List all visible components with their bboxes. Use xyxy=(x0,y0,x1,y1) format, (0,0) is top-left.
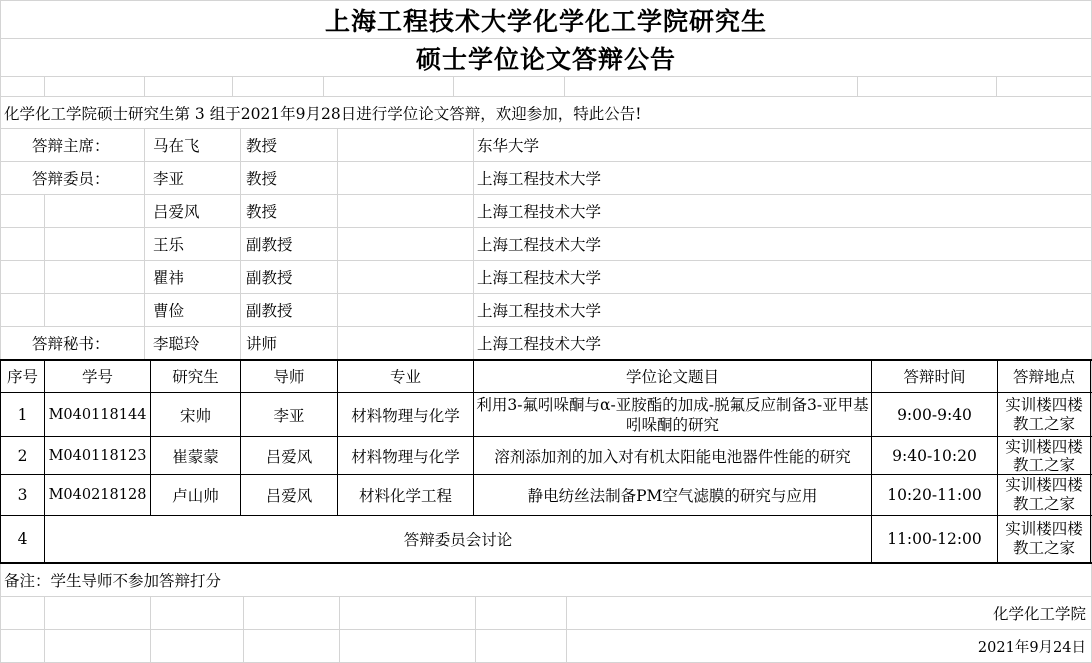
row-no: 3 xyxy=(1,475,44,515)
committee-affiliation: 上海工程技术大学 xyxy=(477,294,877,326)
committee-name: 李亚 xyxy=(153,162,238,194)
committee-title: 讲师 xyxy=(246,327,334,359)
committee-name: 李聪玲 xyxy=(153,327,238,359)
committee-role: 答辩秘书： xyxy=(32,327,142,359)
col-header-thesis: 学位论文题目 xyxy=(474,360,871,392)
committee-title: 教授 xyxy=(246,162,334,194)
footer-department: 化学化工学院 xyxy=(566,597,1092,629)
committee-title: 副教授 xyxy=(246,228,334,260)
col-header-major: 专业 xyxy=(338,360,473,392)
col-header-no: 序号 xyxy=(1,360,44,392)
remark-text: 备注：学生导师不参加答辩打分 xyxy=(4,564,604,596)
row-place-line2: 教工之家 xyxy=(1013,495,1075,514)
row-student: 崔蒙蒙 xyxy=(151,437,240,474)
row-major: 材料物理与化学 xyxy=(338,393,473,436)
col-header-time: 答辩时间 xyxy=(872,360,997,392)
page-subtitle: 硕士学位论文答辩公告 xyxy=(0,39,1092,76)
col-header-student: 研究生 xyxy=(151,360,240,392)
row-advisor: 吕爱风 xyxy=(241,437,337,474)
row-place-line1: 实训楼四楼 xyxy=(1005,476,1083,495)
row-place: 实训楼四楼 教工之家 xyxy=(998,437,1090,474)
row-student: 宋帅 xyxy=(151,393,240,436)
row-major: 材料物理与化学 xyxy=(338,437,473,474)
row-student: 卢山帅 xyxy=(151,475,240,515)
row-time: 11:00-12:00 xyxy=(872,516,997,562)
committee-title: 副教授 xyxy=(246,294,334,326)
row-student-id: M040218128 xyxy=(45,475,150,515)
col-header-place: 答辩地点 xyxy=(998,360,1090,392)
committee-affiliation: 上海工程技术大学 xyxy=(477,228,877,260)
row-thesis: 静电纺丝法制备PM空气滤膜的研究与应用 xyxy=(474,475,871,515)
committee-name: 吕爱风 xyxy=(153,195,238,227)
row-student-id: M040118123 xyxy=(45,437,150,474)
row-advisor: 李亚 xyxy=(241,393,337,436)
row-advisor: 吕爱风 xyxy=(241,475,337,515)
committee-name: 曹俭 xyxy=(153,294,238,326)
row-time: 10:20-11:00 xyxy=(872,475,997,515)
committee-affiliation: 上海工程技术大学 xyxy=(477,162,877,194)
row-student-id: M040118144 xyxy=(45,393,150,436)
row-thesis: 利用3-氟吲哚酮与α-亚胺酯的加成-脱氟反应制备3-亚甲基吲哚酮的研究 xyxy=(476,393,869,436)
row-no: 2 xyxy=(1,437,44,474)
row-no: 4 xyxy=(1,516,44,562)
committee-affiliation: 上海工程技术大学 xyxy=(477,327,877,359)
col-header-student-id: 学号 xyxy=(45,360,150,392)
discussion-label: 答辩委员会讨论 xyxy=(45,516,871,562)
row-thesis: 溶剂添加剂的加入对有机太阳能电池器件性能的研究 xyxy=(474,437,871,474)
committee-role: 答辩主席： xyxy=(32,129,142,161)
committee-name: 瞿祎 xyxy=(153,261,238,293)
footer-date: 2021年9月24日 xyxy=(566,630,1092,662)
announcement-text: 化学化工学院硕士研究生第 3 组于2021年9月28日进行学位论文答辩，欢迎参加… xyxy=(4,97,1084,128)
row-place: 实训楼四楼 教工之家 xyxy=(998,516,1090,562)
committee-name: 王乐 xyxy=(153,228,238,260)
page-title: 上海工程技术大学化学化工学院研究生 xyxy=(0,1,1092,38)
committee-name: 马在飞 xyxy=(153,129,238,161)
row-place-line2: 教工之家 xyxy=(1013,415,1075,434)
row-place-line1: 实训楼四楼 xyxy=(1005,520,1083,539)
row-time: 9:40-10:20 xyxy=(872,437,997,474)
row-place-line1: 实训楼四楼 xyxy=(1005,396,1083,415)
committee-title: 教授 xyxy=(246,195,334,227)
row-place: 实训楼四楼 教工之家 xyxy=(998,475,1090,515)
row-time: 9:00-9:40 xyxy=(872,393,997,436)
row-major: 材料化学工程 xyxy=(338,475,473,515)
committee-affiliation: 东华大学 xyxy=(477,129,877,161)
committee-title: 副教授 xyxy=(246,261,334,293)
committee-affiliation: 上海工程技术大学 xyxy=(477,261,877,293)
row-place: 实训楼四楼 教工之家 xyxy=(998,393,1090,436)
row-place-line2: 教工之家 xyxy=(1013,539,1075,558)
col-header-advisor: 导师 xyxy=(241,360,337,392)
row-place-line1: 实训楼四楼 xyxy=(1005,438,1083,456)
row-no: 1 xyxy=(1,393,44,436)
committee-affiliation: 上海工程技术大学 xyxy=(477,195,877,227)
committee-role: 答辩委员： xyxy=(32,162,142,194)
committee-title: 教授 xyxy=(246,129,334,161)
row-place-line2: 教工之家 xyxy=(1013,456,1075,474)
